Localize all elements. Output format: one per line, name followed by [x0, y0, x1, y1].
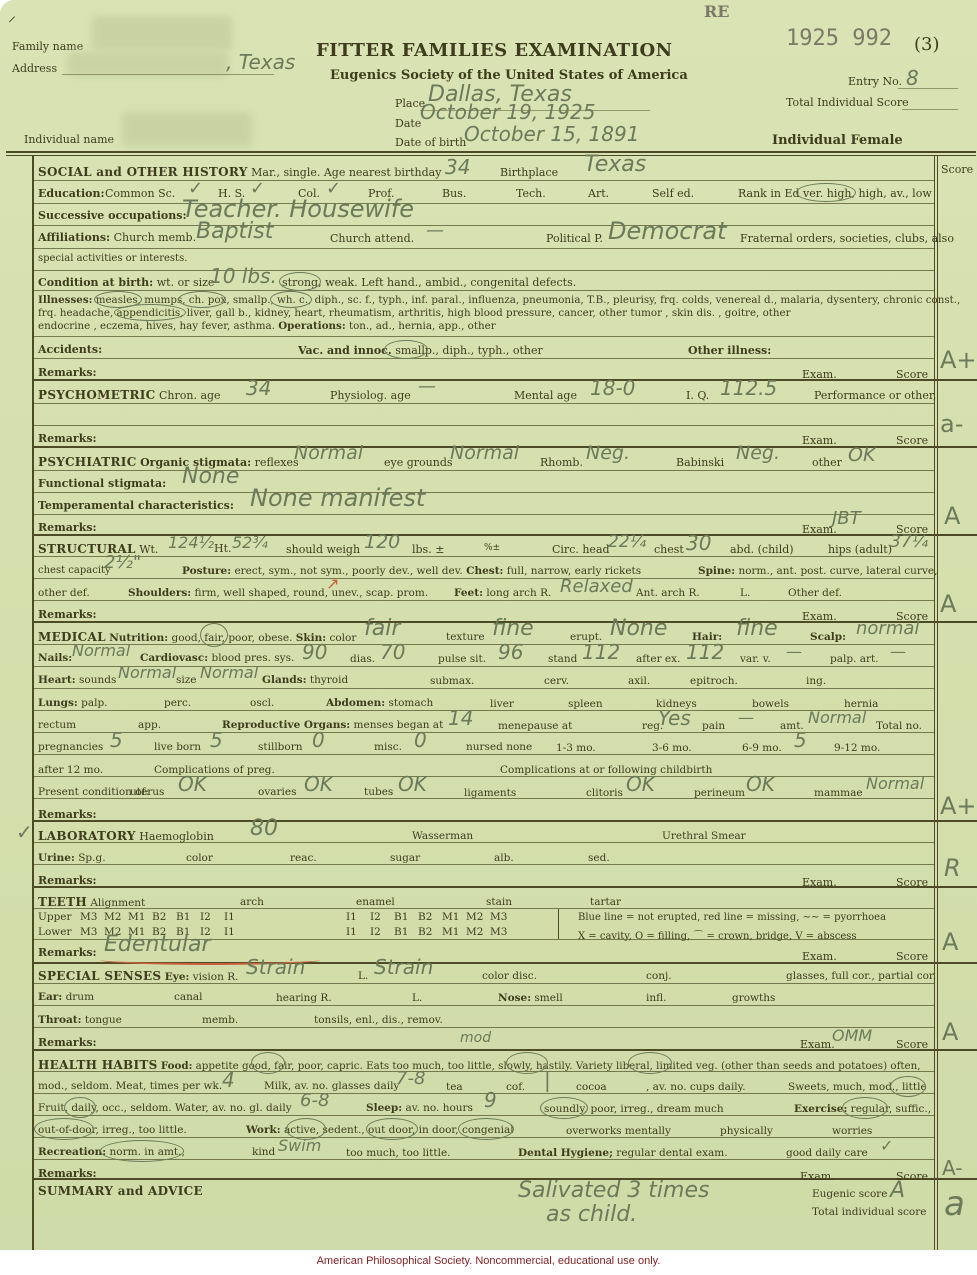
skin-color-label: color — [329, 632, 356, 644]
menses-label: menses began at — [354, 719, 444, 731]
little-circle — [890, 1076, 926, 1097]
smallp-circle — [384, 340, 428, 359]
health-habits-remarks-label: Remarks: — [38, 1167, 97, 1180]
tooth-lower-left: M3 — [80, 926, 97, 938]
complications-birth-label: Complications at or following childbirth — [500, 764, 712, 776]
thyroid-label: thyroid — [310, 674, 348, 686]
education-option: Common Sc. — [105, 187, 175, 200]
regular-circle — [842, 1097, 888, 1119]
bp-dias-label: dias. — [350, 653, 375, 665]
accidents-label: Accidents: — [38, 343, 102, 356]
teeth-exam-label: Exam. — [802, 950, 837, 963]
mar-label: Mar., single. Age nearest birthday — [251, 166, 441, 179]
conj-label: conj. — [646, 970, 672, 982]
bowels-label: bowels — [752, 698, 789, 710]
milk-value: 7-8 — [396, 1068, 425, 1089]
score-column-header: Score — [941, 163, 973, 176]
memb-label: memb. — [202, 1014, 238, 1026]
feet-value: Relaxed — [560, 576, 633, 597]
menses-value: 14 — [448, 706, 473, 730]
social-score-label: Score — [896, 368, 928, 381]
teeth-legend-line-2: X = cavity, O = filling, ⌒ = crown, brid… — [578, 927, 857, 942]
record-suffix: (3) — [914, 34, 940, 55]
epitroch-label: epitroch. — [690, 675, 738, 687]
should-weigh-label: should weigh — [286, 543, 360, 556]
section-rule — [33, 820, 977, 822]
summary-note-line-1: Salivated 3 times — [518, 1178, 709, 1203]
hearing-r-label: hearing R. — [276, 992, 332, 1004]
cof-label: cof. — [506, 1081, 525, 1093]
summary-note-line-2: as child. — [546, 1202, 637, 1227]
spleen-label: spleen — [568, 698, 603, 710]
hearing-l-label: L. — [412, 992, 422, 1004]
liberal-circle — [628, 1052, 672, 1074]
strong-circle — [279, 272, 321, 291]
tongue-label: tongue — [85, 1014, 122, 1026]
spine-options: norm., ant. post. curve, lateral curve, — [738, 565, 937, 577]
row-rule — [33, 270, 934, 271]
row-rule — [33, 290, 934, 291]
stillborn-value: 0 — [312, 728, 325, 752]
size-value: Normal — [200, 663, 258, 682]
lbs-label: lbs. ± — [412, 543, 444, 556]
daily-circle — [64, 1097, 96, 1118]
tartar-label: tartar — [590, 896, 621, 908]
sed-label: sed. — [588, 852, 610, 864]
mammae-value: Normal — [866, 774, 924, 793]
psychiatric-remarks-label: Remarks: — [38, 521, 97, 534]
header-rule — [6, 151, 976, 153]
dental-hygiene-label: Dental Hygiene; — [518, 1147, 613, 1159]
canal-label: canal — [174, 991, 203, 1003]
section-rule — [33, 1178, 977, 1180]
haemoglobin-value: 80 — [250, 816, 278, 841]
affiliations-label: Affiliations: — [38, 231, 110, 244]
functional-stigmata-value: None — [182, 464, 239, 489]
chest-value: 30 — [686, 531, 711, 555]
political-value: Democrat — [608, 217, 727, 245]
score-divider-2 — [937, 155, 938, 1250]
out-door-circle — [366, 1118, 418, 1140]
section-rule — [33, 1049, 977, 1051]
ovaries-value: OK — [304, 772, 333, 796]
perineum-label: perineum — [694, 787, 745, 799]
unev-red-mark: ↗ — [326, 574, 339, 593]
live-born-value: 5 — [210, 728, 223, 752]
urine-color-label: color — [186, 852, 213, 864]
sugar-label: sugar — [390, 852, 420, 864]
illnesses-label: Illnesses: — [38, 294, 92, 306]
row-rule — [33, 1005, 934, 1006]
tooth-upper-left: B2 — [152, 911, 166, 923]
total-individual-score-label: Total Individual Score — [786, 96, 909, 109]
laboratory-remarks-label: Remarks: — [38, 874, 97, 887]
good-circle — [251, 1052, 285, 1074]
physiolog-age-label: Physiolog. age — [330, 389, 411, 402]
medical-score-value: A+ — [940, 792, 977, 820]
pulse-sit-label: pulse sit. — [438, 653, 486, 665]
education-option: Bus. — [442, 187, 466, 200]
water-value: 6-8 — [300, 1090, 329, 1111]
enamel-label: enamel — [356, 896, 395, 908]
address-underline — [62, 74, 274, 75]
examination-form: ⸝ Family name Address , Texas Individual… — [0, 0, 977, 1250]
ant-arch-label: Ant. arch R. — [636, 587, 700, 599]
age-value: 34 — [445, 155, 470, 179]
teeth-score-label: Score — [896, 950, 928, 963]
m6-9-label: 6-9 mo. — [742, 742, 782, 754]
chest-capacity-value: 2½" — [104, 552, 141, 573]
wt-label: Wt. — [139, 543, 158, 556]
abd-label: abd. (child) — [730, 543, 794, 556]
ht-value: 52¾ — [232, 533, 268, 552]
row-rule — [33, 600, 934, 601]
tooth-upper-right: B2 — [418, 911, 432, 923]
teeth-lower-label: Lower — [38, 926, 72, 938]
kind-value: Swim — [278, 1136, 321, 1155]
church-memb-value: Baptist — [196, 219, 273, 244]
form-subtitle: Eugenics Society of the United States of… — [330, 68, 688, 83]
ligaments-label: ligaments — [464, 787, 516, 799]
lungs-label: Lungs: — [38, 697, 78, 709]
date-value: October 19, 1925 — [420, 100, 595, 124]
erupt-value: None — [610, 616, 667, 641]
teeth-legend-divider — [558, 909, 559, 939]
norm-in-amt-circle — [100, 1140, 184, 1162]
cocoa-label: cocoa — [576, 1081, 607, 1093]
menopause-label: menepause at — [498, 720, 572, 732]
kind-label: kind — [252, 1146, 275, 1158]
total-individual-score-summary-label: Total individual score — [812, 1206, 926, 1218]
rank-label: Rank in Ed — [738, 187, 800, 200]
redacted-individual-name — [122, 112, 252, 146]
iq-value: 112.5 — [720, 376, 777, 400]
pain-label: pain — [702, 720, 725, 732]
stamp-re: RE — [704, 2, 730, 21]
chron-age-label: Chron. age — [159, 389, 221, 402]
structural-remarks-label: Remarks: — [38, 608, 97, 621]
wt-value: 124½ — [168, 533, 214, 552]
babinski-label: Babinski — [676, 456, 724, 469]
redacted-family-name — [92, 16, 232, 50]
rhomb-value: Neg. — [586, 442, 630, 464]
dob-label: Date of birth — [395, 136, 466, 149]
temperamental-value: None manifest — [250, 484, 425, 512]
cof-value: | — [544, 1068, 551, 1092]
good-daily-care-label: good daily care — [786, 1147, 868, 1159]
after-ex-label: after ex. — [636, 653, 680, 665]
education-option: Tech. — [516, 187, 546, 200]
laboratory-title: LABORATORY — [38, 829, 136, 843]
pregnancies-label: pregnancies — [38, 741, 103, 753]
alignment-label: Alignment — [90, 897, 145, 909]
recreation-label: Recreation: — [38, 1146, 106, 1158]
eye-label: Eye: — [165, 971, 190, 983]
total-underline — [902, 109, 958, 110]
functional-stigmata-label: Functional stigmata: — [38, 477, 166, 490]
social-exam-label: Exam. — [802, 368, 837, 381]
sleep-label: Sleep: — [366, 1102, 402, 1114]
tubes-value: OK — [398, 772, 427, 796]
reproductive-label: Reproductive Organs: — [222, 719, 350, 731]
row-rule — [33, 470, 934, 471]
row-rule — [33, 864, 934, 865]
wh-c-circle — [270, 291, 312, 308]
overworks-label: overworks mentally — [566, 1125, 671, 1137]
structural-exam-label: Exam. — [802, 610, 837, 623]
pulse-sit-value: 96 — [498, 640, 523, 664]
scalp-value: normal — [856, 618, 919, 639]
dob-value: October 15, 1891 — [464, 122, 639, 146]
psychometric-score-label: Score — [896, 434, 928, 447]
uterus-label: uterus — [130, 786, 164, 798]
spine-label: Spine: — [698, 565, 735, 577]
special-senses-exam-value: OMM — [832, 1026, 872, 1045]
medical-remarks-label: Remarks: — [38, 808, 97, 821]
teeth-upper-label: Upper — [38, 911, 72, 923]
glands-label: Glands: — [262, 674, 307, 686]
tooth-upper-left: B1 — [176, 911, 190, 923]
reac-label: reac. — [290, 852, 317, 864]
education-option: Art. — [588, 187, 609, 200]
amt-value: Normal — [808, 708, 866, 727]
summary-title: SUMMARY and ADVICE — [38, 1184, 203, 1198]
birth-condition-label: Condition at birth: — [38, 276, 153, 289]
teeth-title: TEETH — [38, 895, 87, 909]
social-score-value: A+ — [940, 346, 977, 374]
stain-label: stain — [486, 896, 512, 908]
psychometric-remarks-label: Remarks: — [38, 432, 97, 445]
m6-9-value: 5 — [794, 728, 807, 752]
after-12-label: after 12 mo. — [38, 764, 103, 776]
posture-label: Posture: — [182, 565, 231, 577]
stand-label: stand — [548, 653, 577, 665]
row-rule — [33, 225, 934, 226]
individual-type: Individual Female — [772, 133, 903, 148]
special-senses-score-label: Score — [896, 1038, 928, 1051]
form-title: FITTER FAMILIES EXAMINATION — [316, 40, 673, 61]
meat-label: mod., seldom. Meat, times per wk. — [38, 1080, 222, 1092]
work-label: Work: — [246, 1124, 281, 1136]
spg-label: Sp.g. — [78, 852, 105, 864]
ht-label: Ht. — [214, 542, 232, 555]
cerv-label: cerv. — [544, 675, 569, 687]
performance-label: Performance or other, — [814, 389, 936, 402]
complications-preg-label: Complications of preg. — [154, 764, 275, 776]
smell-label: smell — [534, 992, 562, 1004]
haemoglobin-label: Haemoglobin — [139, 830, 214, 843]
tubes-label: tubes — [364, 786, 393, 798]
sleep-hours-value: 9 — [484, 1088, 497, 1112]
perineum-value: OK — [746, 772, 775, 796]
perc-label: perc. — [164, 697, 191, 709]
pain-value: — — [738, 708, 754, 727]
sleep-hours-label: av. no. hours — [406, 1102, 473, 1114]
eugenic-score-value: A — [890, 1178, 905, 1203]
ear-label: Ear: — [38, 991, 62, 1003]
cups-label: , av. no. cups daily. — [646, 1081, 746, 1093]
entry-no-value: 8 — [906, 66, 919, 90]
ch-pox-circle — [178, 291, 226, 308]
illnesses-line-3: endocrine , eczema, hives, hay fever, as… — [38, 320, 275, 332]
psychiatric-other-label: other — [812, 456, 842, 469]
birthplace-value: Texas — [584, 152, 646, 177]
congenial-circle — [458, 1118, 514, 1140]
skin-color-value: fair — [364, 616, 400, 641]
social-title: SOCIAL and OTHER HISTORY — [38, 165, 248, 179]
tooth-lower-right: I2 — [370, 926, 381, 938]
political-label: Political P. — [546, 232, 603, 245]
babinski-value: Neg. — [736, 442, 780, 464]
laboratory-score-label: Score — [896, 876, 928, 889]
uterus-value: OK — [178, 772, 207, 796]
operations-options: ton., ad., hernia, app., other — [349, 320, 496, 332]
eye-grounds-label: eye grounds — [384, 456, 453, 469]
rank-selected-circle — [796, 183, 856, 202]
vision-l-label: L. — [358, 970, 368, 982]
abdomen-label: Abdomen: — [326, 697, 385, 709]
pregnancies-value: 5 — [110, 728, 123, 752]
drum-label: drum — [66, 991, 94, 1003]
record-number: 1925 992 — [786, 26, 892, 51]
tooth-upper-right: M1 — [442, 911, 459, 923]
m1-3-label: 1-3 mo. — [556, 742, 596, 754]
tooth-lower-right: B2 — [418, 926, 432, 938]
tea-label: tea — [446, 1081, 463, 1093]
teeth-score-value: A — [942, 928, 958, 956]
palp-art-value: — — [890, 642, 906, 661]
pct-label: %± — [484, 543, 500, 553]
tooth-lower-right: M3 — [490, 926, 507, 938]
address-label: Address — [12, 62, 57, 75]
total-individual-score-value: a — [944, 1184, 965, 1224]
stillborn-label: stillborn — [258, 741, 303, 753]
heart-label: Heart: — [38, 674, 76, 686]
special-senses-score-value: A — [942, 1018, 958, 1046]
nails-label: Nails: — [38, 652, 72, 664]
header-rule-2 — [6, 155, 976, 156]
growths-label: growths — [732, 992, 775, 1004]
tooth-upper-left: I2 — [200, 911, 211, 923]
milk-label: Milk, av. no. glasses daily — [264, 1080, 399, 1092]
row-rule — [33, 908, 934, 909]
stand-value: 112 — [582, 640, 620, 664]
other-def-2-label: Other def. — [788, 587, 842, 599]
special-senses-remarks-label: Remarks: — [38, 1036, 97, 1049]
var-v-label: var. v. — [740, 653, 771, 665]
bp-sys-value: 90 — [302, 640, 327, 664]
special-senses-exam-label: Exam. — [800, 1038, 835, 1051]
wasserman-label: Wasserman — [412, 830, 473, 842]
mental-age-value: 18-0 — [590, 376, 635, 400]
special-activities-label: special activities or interests. — [38, 253, 187, 264]
left-border — [32, 155, 34, 1250]
row-rule — [33, 180, 934, 181]
health-habits-score-value: A- — [942, 1156, 962, 1180]
worries-label: worries — [832, 1125, 872, 1137]
app-label: app. — [138, 719, 161, 731]
good-daily-care-check: ✓ — [880, 1136, 893, 1155]
score-divider — [934, 155, 935, 1250]
clitoris-value: OK — [626, 772, 655, 796]
tooth-upper-right: I1 — [346, 911, 357, 923]
health-habits-exam-label: Exam. — [800, 1170, 835, 1183]
tooth-upper-left: I1 — [224, 911, 235, 923]
row-rule — [33, 688, 934, 689]
row-rule — [33, 710, 934, 711]
church-attend-label: Church attend. — [330, 232, 414, 245]
teeth-legend-line-1: Blue line = not erupted, red line = miss… — [578, 912, 886, 923]
entry-no-label: Entry No. — [848, 75, 902, 88]
date-label: Date — [395, 117, 421, 130]
teeth-remarks-label: Remarks: — [38, 946, 97, 959]
occupations-label: Successive occupations: — [38, 209, 187, 222]
individual-name-label: Individual name — [24, 133, 114, 146]
posture-options: erect, sym., not sym., poorly dev., well… — [234, 565, 462, 577]
circ-head-label: Circ. head — [552, 543, 610, 556]
rectum-label: rectum — [38, 719, 76, 731]
feet-options: long arch R. — [486, 587, 551, 599]
food-note: mod — [460, 1030, 491, 1046]
row-rule — [33, 358, 934, 359]
m3-6-label: 3-6 mo. — [652, 742, 692, 754]
misc-label: misc. — [374, 741, 402, 753]
row-rule — [33, 754, 934, 755]
other-illness-label: Other illness: — [688, 344, 771, 357]
row-rule — [33, 514, 934, 515]
size-label: size — [176, 674, 197, 686]
health-habits-title: HEALTH HABITS — [38, 1058, 158, 1072]
chron-age-value: 34 — [246, 376, 271, 400]
vision-l-value: Strain — [374, 955, 433, 979]
rhomb-label: Rhomb. — [540, 456, 583, 469]
live-born-label: live born — [154, 741, 201, 753]
chest-capacity-label: chest capacity — [38, 565, 111, 576]
nursed-label: nursed none — [466, 741, 532, 753]
m9-12-label: 9-12 mo. — [834, 742, 880, 754]
church-memb-label: Church memb. — [114, 231, 197, 244]
laboratory-score-value: R — [944, 854, 961, 882]
tooth-upper-left: M3 — [80, 911, 97, 923]
psychiatric-title: PSYCHIATRIC — [38, 455, 137, 469]
laboratory-exam-label: Exam. — [802, 876, 837, 889]
redacted-address — [68, 52, 228, 76]
tooth-upper-right: B1 — [394, 911, 408, 923]
eye-grounds-value: Normal — [450, 442, 519, 464]
misc-value: 0 — [414, 728, 427, 752]
row-rule — [33, 203, 934, 204]
tooth-upper-right: I2 — [370, 911, 381, 923]
physically-label: physically — [720, 1125, 773, 1137]
scalp-label: Scalp: — [810, 631, 846, 643]
row-rule — [33, 425, 934, 426]
should-weigh-value: 120 — [364, 531, 400, 553]
pin-mark-icon: ⸝ — [8, 4, 16, 26]
ovaries-label: ovaries — [258, 786, 297, 798]
row-rule — [33, 556, 934, 557]
color-disc-label: color disc. — [482, 970, 537, 982]
operations-label: Operations: — [278, 320, 345, 332]
row-rule — [33, 492, 934, 493]
after-ex-value: 112 — [686, 640, 724, 664]
slowly-circle — [506, 1052, 548, 1074]
temperamental-label: Temperamental characteristics: — [38, 499, 234, 512]
iq-label: I. Q. — [686, 389, 709, 402]
glasses-label: glasses, full cor., partial cor. — [786, 970, 936, 982]
psychiatric-other-value: OK — [848, 444, 875, 466]
hips-label: hips (adult) — [828, 543, 892, 556]
oscl-label: oscl. — [250, 697, 274, 709]
